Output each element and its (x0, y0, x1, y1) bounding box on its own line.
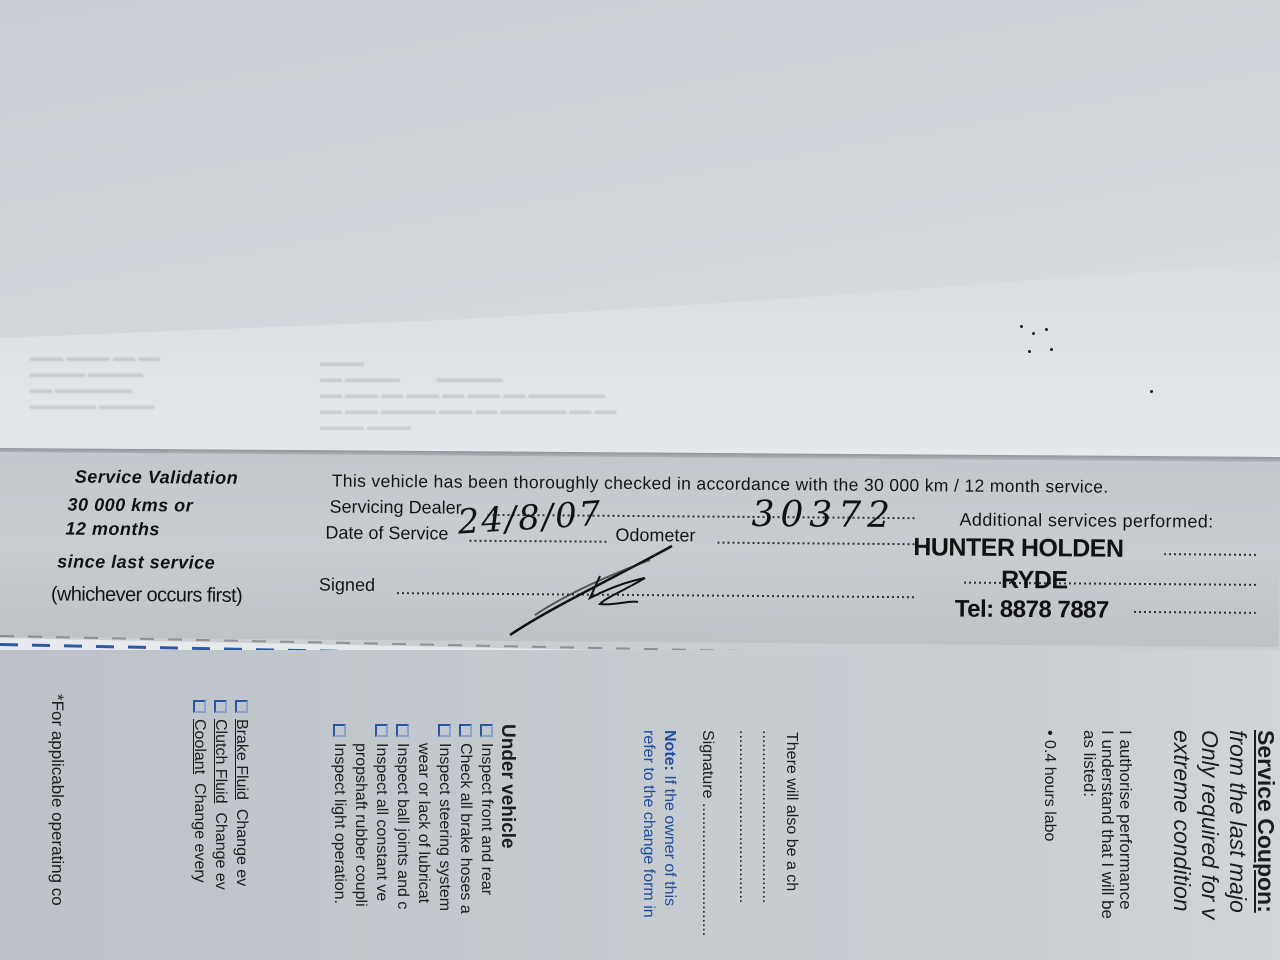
odometer-value: 30372 (751, 494, 896, 536)
charge-text: There will also be a ch (781, 732, 802, 891)
ink-specks (1000, 320, 1120, 400)
checklist-item: Inspect all constant ve (371, 724, 392, 914)
checkbox-icon[interactable] (193, 700, 206, 713)
checkbox-icon[interactable] (375, 724, 388, 737)
blank-line[interactable]: ....................................... (734, 730, 755, 903)
checkbox-icon[interactable] (333, 724, 346, 737)
checklist-item: Inspect ball joints and c (392, 724, 413, 914)
owner-note: Note: If the owner of this refer to the … (638, 730, 680, 918)
validation-heading: Service Validation (75, 467, 239, 489)
checklist-item: Inspect steering system (434, 724, 455, 914)
fluid-item-coolant: Coolant Change every (189, 700, 210, 890)
page-fold (0, 0, 1280, 360)
validation-interval-note: (whichever occurs first) (51, 583, 242, 608)
under-vehicle-heading: Under vehicle (497, 724, 518, 914)
previous-page: ▬▬▬ ▬▬▬▬ ▬▬ ▬▬▬▬▬▬▬ ▬▬▬▬▬▬▬ ▬▬▬▬▬▬▬▬▬▬▬▬… (0, 0, 1280, 460)
checklist-item: Check all brake hoses a (455, 724, 476, 914)
signature-mark (440, 480, 680, 650)
note-text-2: refer to the change form in (638, 730, 659, 918)
additional-services-label: Additional services performed: (959, 510, 1213, 533)
checkbox-icon[interactable] (480, 724, 493, 737)
coupon-title: Service Coupon: (1252, 730, 1280, 919)
fluid-item-clutch: Clutch Fluid Change ev (210, 700, 231, 890)
signature-line[interactable]: Signature .............................. (697, 730, 718, 936)
coupon-page: *For applicable operating co Brake Fluid… (0, 650, 1280, 960)
validation-interval-months: 12 months (65, 519, 160, 541)
additional-services-line-1[interactable] (1164, 553, 1256, 556)
checkbox-icon[interactable] (438, 724, 451, 737)
fluid-item-brake: Brake Fluid Change ev (231, 700, 252, 890)
footnote: *For applicable operating co (47, 694, 68, 906)
checklist-item: Inspect light operation. (329, 724, 350, 914)
dealer-stamp-name: HUNTER HOLDEN (913, 533, 1123, 564)
additional-services-line-3[interactable] (1134, 611, 1256, 614)
fluid-items: Brake Fluid Change ev Clutch Fluid Chang… (189, 700, 252, 890)
validation-interval-km: 30 000 kms or (68, 495, 194, 517)
checklist-item: Inspect front and rear (476, 724, 497, 914)
date-of-service-label: Date of Service (325, 523, 448, 545)
dealer-stamp-phone: Tel: 8878 7887 (955, 596, 1109, 625)
signed-label: Signed (319, 575, 375, 596)
service-coupon-block: Service Coupon: from the last majo Only … (1168, 730, 1280, 919)
bleed-through-text: ▬▬▬▬▬▬ ▬▬▬▬▬ ▬▬▬▬▬▬▬▬ ▬▬▬ ▬▬ ▬▬▬ ▬▬ ▬▬▬ … (320, 355, 880, 435)
checklist-item-continued: wear or lack of lubricat (413, 724, 434, 914)
checkbox-icon[interactable] (396, 724, 409, 737)
blank-line[interactable]: ....................................... (757, 730, 778, 903)
checkbox-icon[interactable] (459, 724, 472, 737)
signature-label: Signature (699, 730, 716, 799)
checklist-item-continued: propshaft rubber coupli (350, 724, 371, 914)
validation-interval-since: since last service (57, 551, 215, 573)
labour-bullet: • 0.4 hours labo (1039, 730, 1060, 841)
odometer-field[interactable] (717, 542, 917, 546)
checkbox-icon[interactable] (235, 700, 248, 713)
authorisation-text: I authorise performance I understand tha… (1080, 730, 1134, 919)
checkbox-icon[interactable] (214, 700, 227, 713)
bleed-through-text: ▬▬▬ ▬▬▬▬ ▬▬ ▬▬▬▬▬▬▬ ▬▬▬▬▬▬▬ ▬▬▬▬▬▬▬▬▬▬▬▬… (30, 350, 230, 414)
dealer-stamp-location: RYDE (1001, 566, 1068, 596)
note-label: Note: (661, 730, 678, 771)
under-vehicle-section: Under vehicle Inspect front and rear Che… (329, 724, 518, 914)
